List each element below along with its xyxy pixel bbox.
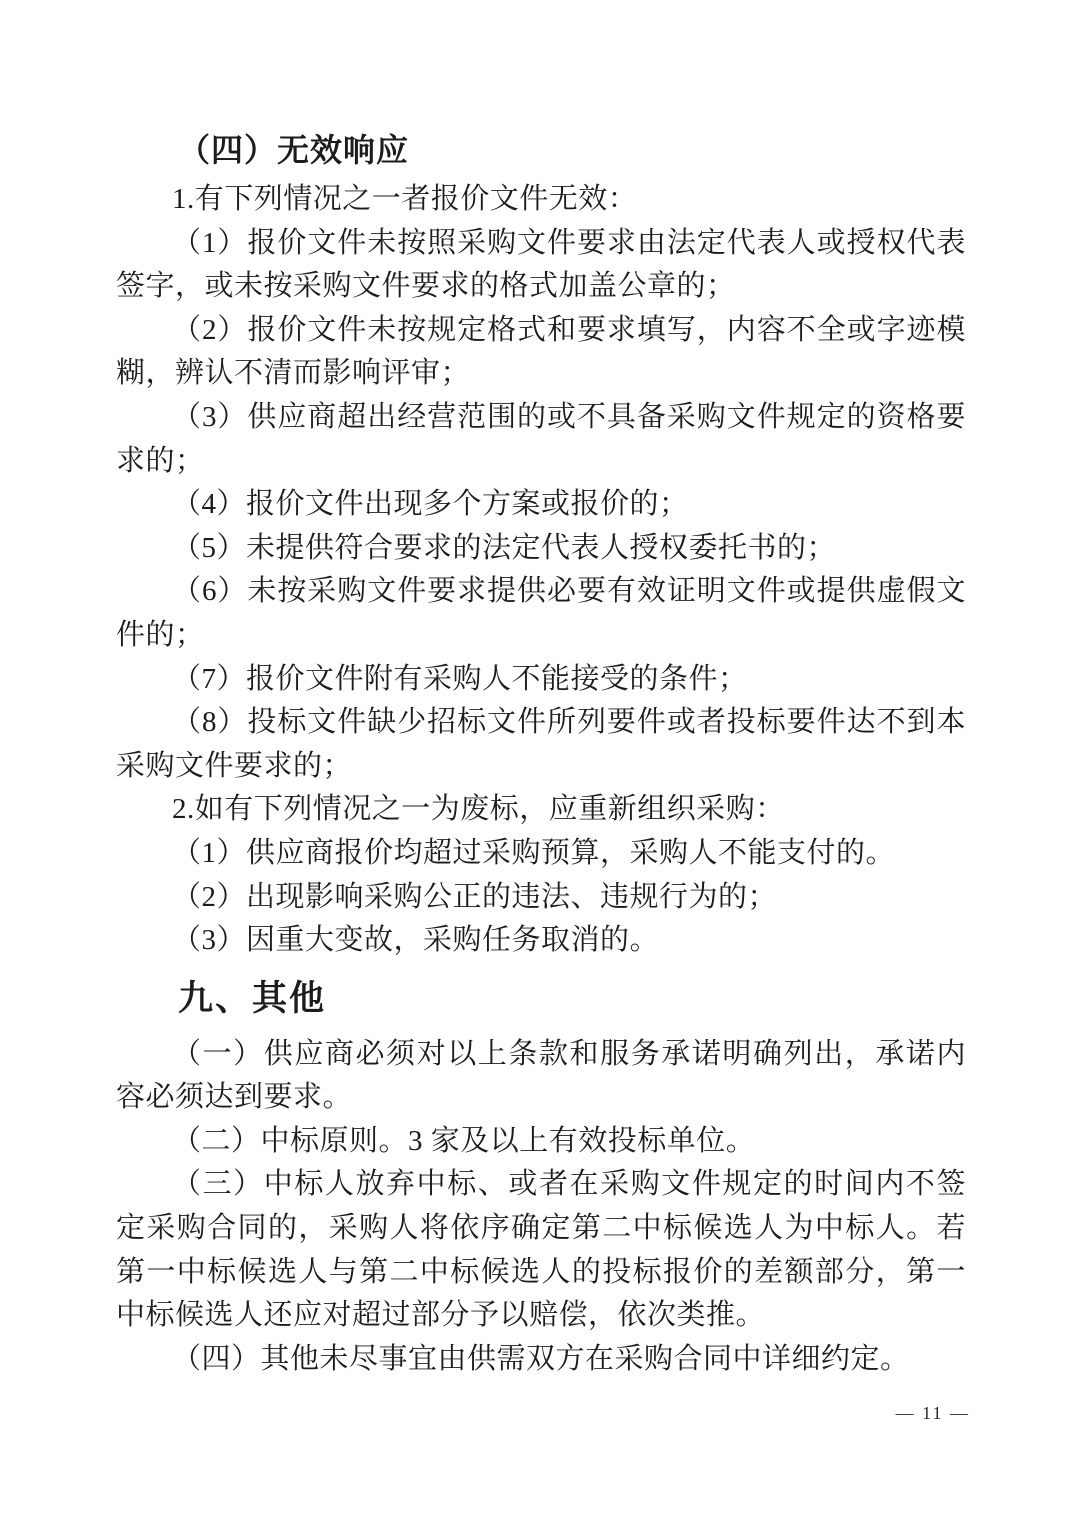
- others-item-1: （一）供应商必须对以上条款和服务承诺明确列出，承诺内容必须达到要求。: [116, 1033, 966, 1120]
- others-item-2: （二）中标原则。3 家及以上有效投标单位。: [116, 1120, 966, 1164]
- clause1-item-1: （1）报价文件未按照采购文件要求由法定代表人或授权代表签字，或未按采购文件要求的…: [116, 222, 966, 309]
- heading-invalid-response: （四）无效响应: [116, 126, 966, 174]
- clause1-item-5: （5）未提供符合要求的法定代表人授权委托书的；: [116, 527, 966, 571]
- clause1-item-2: （2）报价文件未按规定格式和要求填写，内容不全或字迹模糊，辨认不清而影响评审；: [116, 309, 966, 396]
- clause1-intro: 1.有下列情况之一者报价文件无效：: [116, 178, 966, 222]
- heading-others: 九、其他: [116, 973, 966, 1025]
- clause1-item-3: （3）供应商超出经营范围的或不具备采购文件规定的资格要求的；: [116, 396, 966, 483]
- clause1-item-4: （4）报价文件出现多个方案或报价的；: [116, 483, 966, 527]
- clause1-item-7: （7）报价文件附有采购人不能接受的条件；: [116, 658, 966, 702]
- page-number: — 11 —: [896, 1403, 970, 1424]
- others-item-3: （三）中标人放弃中标、或者在采购文件规定的时间内不签定采购合同的，采购人将依序确…: [116, 1163, 966, 1337]
- clause2-intro: 2.如有下列情况之一为废标，应重新组织采购：: [116, 788, 966, 832]
- others-item-4: （四）其他未尽事宜由供需双方在采购合同中详细约定。: [116, 1338, 966, 1382]
- clause1-item-6: （6）未按采购文件要求提供必要有效证明文件或提供虚假文件的；: [116, 570, 966, 657]
- clause2-item-3: （3）因重大变故，采购任务取消的。: [116, 919, 966, 963]
- clause1-item-8: （8）投标文件缺少招标文件所列要件或者投标要件达不到本采购文件要求的；: [116, 701, 966, 788]
- clause2-item-2: （2）出现影响采购公正的违法、违规行为的；: [116, 876, 966, 920]
- document-content: （四）无效响应 1.有下列情况之一者报价文件无效： （1）报价文件未按照采购文件…: [116, 126, 966, 1381]
- document-page: （四）无效响应 1.有下列情况之一者报价文件无效： （1）报价文件未按照采购文件…: [0, 0, 1074, 1520]
- clause2-item-1: （1）供应商报价均超过采购预算，采购人不能支付的。: [116, 832, 966, 876]
